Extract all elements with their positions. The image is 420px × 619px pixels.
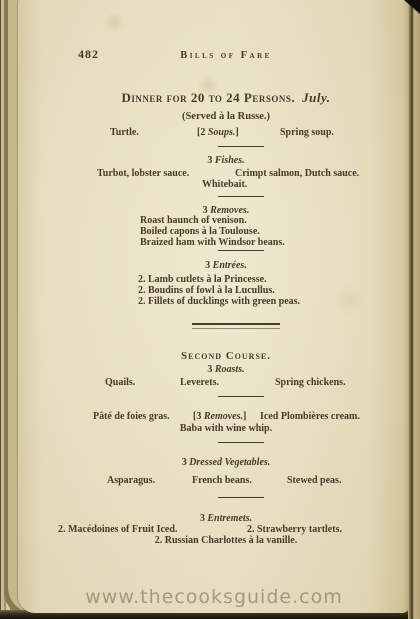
menu-month: July. (302, 90, 330, 105)
divider (218, 396, 264, 397)
fish-item-below: Whitebait. (202, 179, 247, 190)
entremet-item-left: 2. Macédoines of Fruit Iced. (58, 524, 177, 535)
page-edge-right (408, 0, 420, 619)
vegetables-word: Dressed Vegetables. (189, 457, 270, 468)
service-note: (Served à la Russe.) (30, 111, 420, 124)
fish-item-right: Crimpt salmon, Dutch sauce. (235, 168, 359, 179)
soups-course-label: [2 Soups.] (197, 127, 239, 138)
bracket-open: [3 (193, 411, 204, 422)
divider (218, 146, 264, 147)
bracket-close: ] (235, 127, 238, 138)
watermark: www.thecooksguide.com (18, 586, 410, 608)
list-item: Roast haunch of venison. (140, 215, 285, 226)
removes-word: Removes. (204, 411, 243, 422)
soup-item-right: Spring soup. (280, 127, 334, 138)
fishes-word: Fishes. (215, 155, 245, 166)
entremet-item-right: 2. Strawberry tartlets. (247, 524, 342, 535)
roasts-word: Roasts. (215, 364, 245, 375)
book-scan: 482 Bills of Fare Dinner for 20 to 24 Pe… (0, 0, 420, 619)
entremets-word: Entremets. (207, 513, 252, 524)
list-item: 2. Lamb cutlets à la Princesse. (138, 274, 300, 285)
roasts-count: 3 (207, 364, 215, 375)
fishes-row-2: Whitebait. (30, 179, 420, 192)
divider (218, 497, 264, 498)
roasts-heading: 3 Roasts. (30, 364, 420, 377)
second-removes-label: [3 Removes.] (193, 411, 246, 422)
entrees-heading: 3 Entrées. (30, 260, 420, 273)
fishes-count: 3 (207, 155, 215, 166)
roast-item-right: Spring chickens. (275, 377, 346, 388)
running-head: Bills of Fare (30, 50, 420, 63)
soups-row: Turtle. [2 Soups.] Spring soup. (30, 127, 420, 140)
soups-word: Soups. (208, 127, 236, 138)
book-page: 482 Bills of Fare Dinner for 20 to 24 Pe… (18, 0, 410, 613)
entrees-word: Entrées. (213, 260, 247, 271)
menu-title-text: Dinner for 20 to 24 Persons. (121, 90, 295, 105)
bracket-close: ] (243, 411, 246, 422)
menu-title: Dinner for 20 to 24 Persons.July. (30, 90, 420, 103)
vegetable-item-right: Stewed peas. (287, 475, 341, 486)
roast-item-center: Leverets. (180, 377, 219, 388)
fishes-heading: 3 Fishes. (30, 155, 420, 168)
vegetables-row: Asparagus. French beans. Stewed peas. (30, 475, 420, 488)
second-removes-below: Baba with wine whip. (30, 423, 420, 436)
soup-item-left: Turtle. (110, 127, 139, 138)
divider (218, 442, 264, 443)
remove-item-left: Pâté de foies gras. (93, 411, 170, 422)
list-item: 2. Fillets of ducklings with green peas. (138, 296, 300, 307)
entrees-count: 3 (205, 260, 213, 271)
second-course-heading: Second Course. (30, 350, 420, 363)
list-item: Braized ham with Windsor beans. (140, 237, 285, 248)
roast-item-left: Quails. (105, 377, 135, 388)
divider (218, 196, 264, 197)
remove-item-right: Iced Plombières cream. (260, 411, 360, 422)
vegetable-item-center: French beans. (192, 475, 252, 486)
list-item: Boiled capons à la Toulouse. (140, 226, 285, 237)
entrees-list: 2. Lamb cutlets à la Princesse. 2. Boudi… (138, 274, 300, 307)
roasts-row: Quails. Leverets. Spring chickens. (30, 377, 420, 390)
vegetables-heading: 3 Dressed Vegetables. (30, 457, 420, 470)
fish-item-left: Turbot, lobster sauce. (97, 168, 189, 179)
removes-list: Roast haunch of venison. Boiled capons à… (140, 215, 285, 248)
list-item: 2. Boudins of fowl à la Lucullus. (138, 285, 300, 296)
scan-corner-shadow (404, 0, 420, 14)
course-divider (192, 323, 280, 329)
entremets-line2: 2. Russian Charlottes à la vanille. (30, 535, 420, 548)
bracket-open: [2 (197, 127, 208, 138)
divider (218, 250, 264, 251)
vegetable-item-left: Asparagus. (107, 475, 155, 486)
